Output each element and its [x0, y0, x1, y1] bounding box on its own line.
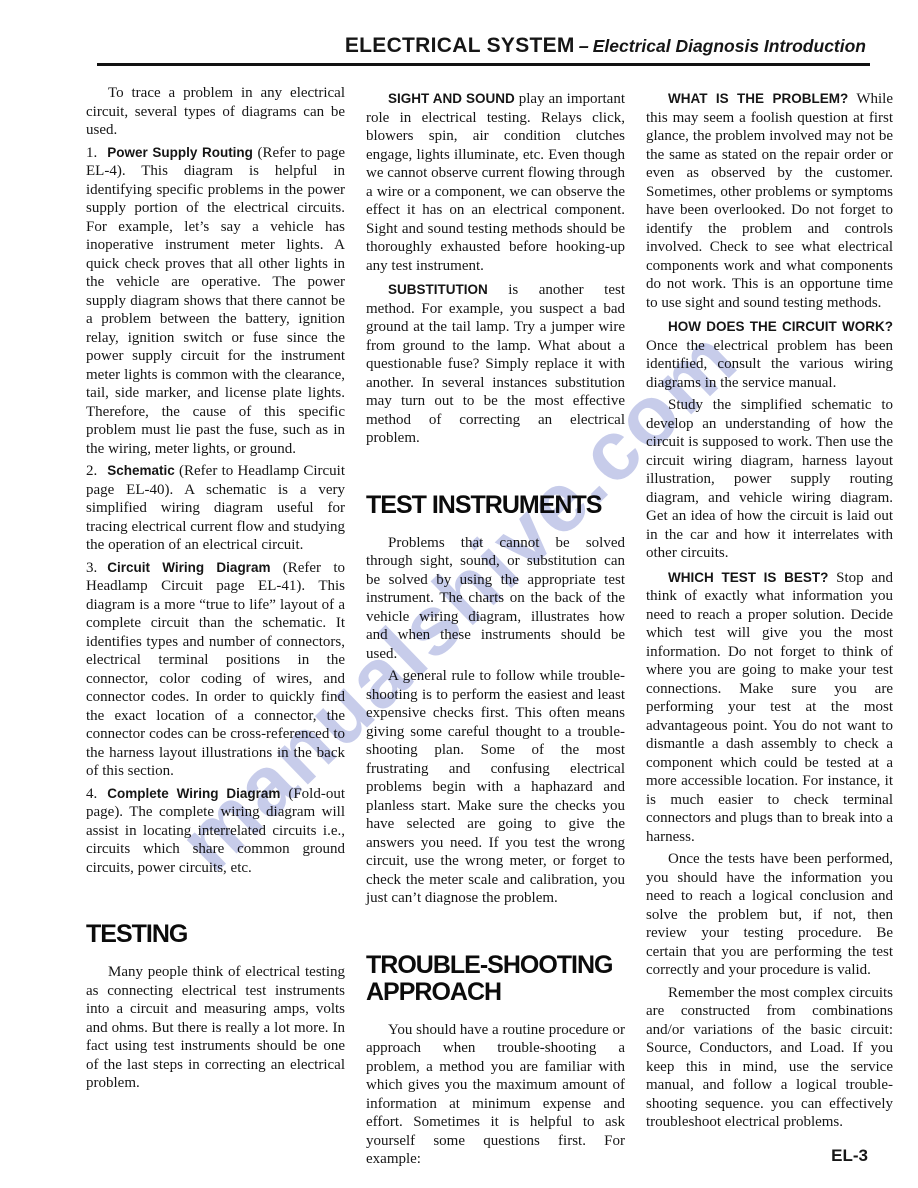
paragraph: Study the simplified schematic to develo…	[646, 396, 893, 563]
run-in-heading: WHICH TEST IS BEST?	[668, 570, 828, 585]
page-number: EL-3	[831, 1146, 868, 1166]
item-number: 4.	[86, 786, 97, 802]
column-left: To trace a problem in any electrical cir…	[86, 84, 345, 1173]
numbered-item: 4.Complete Wiring Diagram (Fold-out page…	[86, 785, 345, 878]
item-title: Power Supply Routing	[107, 145, 253, 160]
paragraph-text: Once the electrical problem has been ide…	[646, 338, 893, 391]
run-in-heading: SIGHT AND SOUND	[388, 91, 515, 106]
item-text: (Refer to page EL-4). This diagram is he…	[86, 145, 345, 457]
paragraph: Once the tests have been performed, you …	[646, 850, 893, 980]
paragraph-text: You should have a routine procedure or a…	[366, 1022, 625, 1168]
paragraph-text: Once the tests have been performed, you …	[646, 851, 893, 978]
paragraph: HOW DOES THE CIRCUIT WORK? Once the elec…	[646, 318, 893, 392]
paragraph-text: play an important role in electrical tes…	[366, 91, 625, 274]
paragraph-text: Many people think of electrical testing …	[86, 964, 345, 1091]
header-separator: –	[575, 36, 593, 56]
item-title: Schematic	[107, 463, 175, 478]
paragraph-text: While this may seem a foolish question a…	[646, 91, 893, 311]
paragraph: To trace a problem in any electrical cir…	[86, 84, 345, 140]
column-right: WHAT IS THE PROBLEM? While this may seem…	[646, 84, 893, 1173]
page-title: ELECTRICAL SYSTEM	[345, 34, 575, 57]
section-heading-test-instruments: TEST INSTRUMENTS	[366, 492, 625, 519]
section-heading-trouble-shooting-approach: TROUBLE-SHOOTING APPROACH	[366, 952, 625, 1006]
paragraph: A general rule to follow while trouble-s…	[366, 667, 625, 908]
paragraph-text: Study the simplified schematic to develo…	[646, 397, 893, 561]
paragraph: Remember the most complex circuits are c…	[646, 984, 893, 1132]
item-number: 1.	[86, 145, 97, 161]
numbered-item: 1.Power Supply Routing (Refer to page EL…	[86, 144, 345, 459]
paragraph-text: Remember the most complex circuits are c…	[646, 985, 893, 1131]
numbered-item: 2.Schematic (Refer to Headlamp Circuit p…	[86, 462, 345, 555]
run-in-heading: HOW DOES THE CIRCUIT WORK?	[668, 319, 893, 334]
run-in-heading: WHAT IS THE PROBLEM?	[668, 91, 848, 106]
paragraph: WHAT IS THE PROBLEM? While this may seem…	[646, 90, 893, 312]
paragraph-text: Problems that cannot be solved through s…	[366, 535, 625, 662]
numbered-item: 3.Circuit Wiring Diagram (Refer to Headl…	[86, 559, 345, 781]
item-title: Circuit Wiring Diagram	[107, 560, 270, 575]
item-title: Complete Wiring Diagram	[107, 786, 280, 801]
paragraph: You should have a routine procedure or a…	[366, 1021, 625, 1169]
paragraph-text: A general rule to follow while trouble-s…	[366, 668, 625, 906]
column-middle: SIGHT AND SOUND play an important role i…	[366, 84, 625, 1173]
page-subtitle: Electrical Diagnosis Introduction	[593, 36, 866, 56]
paragraph-text: To trace a problem in any electrical cir…	[86, 85, 345, 138]
paragraph: SUBSTITUTION is another test method. For…	[366, 281, 625, 448]
paragraph: Problems that cannot be solved through s…	[366, 534, 625, 664]
paragraph: SIGHT AND SOUND play an important role i…	[366, 90, 625, 275]
page-header: ELECTRICAL SYSTEM–Electrical Diagnosis I…	[345, 34, 866, 58]
page-body: To trace a problem in any electrical cir…	[86, 84, 893, 1173]
paragraph-text: Stop and think of exactly what informati…	[646, 570, 893, 845]
paragraph: Many people think of electrical testing …	[86, 963, 345, 1093]
item-number: 2.	[86, 463, 97, 479]
header-rule	[97, 63, 870, 66]
section-heading-testing: TESTING	[86, 921, 345, 948]
item-text: (Refer to Headlamp Circuit page EL-41). …	[86, 560, 345, 780]
run-in-heading: SUBSTITUTION	[388, 282, 488, 297]
item-number: 3.	[86, 560, 97, 576]
paragraph-text: is another test method. For example, you…	[366, 282, 625, 446]
paragraph: WHICH TEST IS BEST? Stop and think of ex…	[646, 569, 893, 847]
